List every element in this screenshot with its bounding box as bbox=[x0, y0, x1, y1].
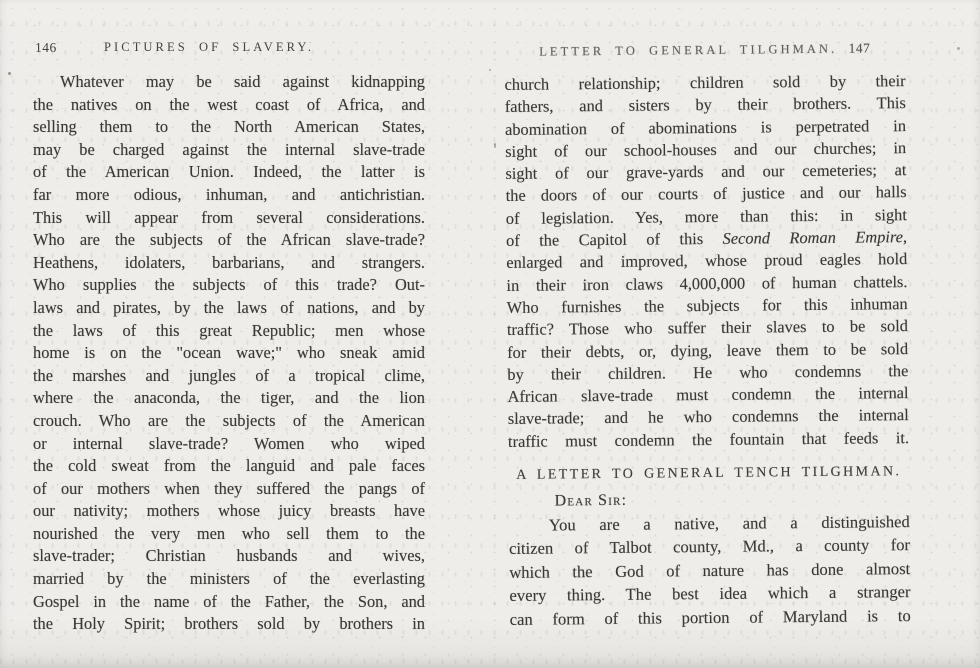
book-scan: 146 PICTURES OF SLAVERY. Whatever may be… bbox=[0, 0, 980, 668]
text-line: married by the ministers of the everlast… bbox=[33, 568, 425, 591]
letter-paragraph: You are a native, and a distinguishedcit… bbox=[509, 510, 911, 631]
text-line: or internal slave-trade? Women who wiped bbox=[33, 433, 425, 456]
text-line: our nativity; mothers whose juicy breast… bbox=[33, 500, 425, 523]
text-line: the cold sweat from the languid and pale… bbox=[33, 455, 425, 478]
left-page-header: 146 PICTURES OF SLAVERY. bbox=[33, 40, 425, 56]
scan-speck bbox=[957, 47, 960, 50]
text-line: nourished the very men who sell them to … bbox=[33, 523, 425, 546]
text-line: Who are the subjects of the African slav… bbox=[33, 229, 425, 252]
text-line: the Holy Spirit; brothers sold by brothe… bbox=[33, 613, 425, 636]
text-line: may be charged against the internal slav… bbox=[33, 139, 425, 162]
letter-section-heading: A LETTER TO GENERAL TENCH TILGHMAN. bbox=[508, 464, 909, 484]
text-line: the marshes and jungles of a tropical cl… bbox=[33, 365, 425, 388]
left-page-paragraph: Whatever may be said against kidnappingt… bbox=[33, 71, 425, 636]
left-page: 146 PICTURES OF SLAVERY. Whatever may be… bbox=[33, 40, 425, 636]
text-line: selling them to the North American State… bbox=[33, 116, 425, 139]
right-page-paragraph: church relationship; children sold by th… bbox=[504, 70, 909, 453]
left-running-title: PICTURES OF SLAVERY. bbox=[13, 40, 405, 55]
text-line: of the American Union. Indeed, the latte… bbox=[33, 161, 425, 184]
text-line: traffic must condemn the fountain that f… bbox=[508, 427, 909, 453]
text-line: far more odious, inhuman, and antichrist… bbox=[33, 184, 425, 207]
text-line: where the anaconda, the tiger, and the l… bbox=[33, 387, 425, 410]
right-page-header: LETTER TO GENERAL TILGHMAN. 147 bbox=[504, 40, 905, 60]
text-line: Heathens, idolaters, barbarians, and str… bbox=[33, 252, 425, 275]
text-line: can form of this portion of Maryland is … bbox=[510, 604, 911, 631]
scan-speck bbox=[489, 69, 491, 71]
right-page-number: 147 bbox=[849, 40, 871, 55]
text-line: every thing. The best idea which a stran… bbox=[509, 580, 910, 607]
text-line: crouch. Who are the subjects of the Amer… bbox=[33, 410, 425, 433]
text-line: fathers, and sisters by their brothers. … bbox=[505, 92, 906, 118]
text-line: home is on the "ocean wave;" who sneak a… bbox=[33, 342, 425, 365]
right-running-title: LETTER TO GENERAL TILGHMAN. bbox=[539, 42, 837, 59]
scan-speck bbox=[494, 143, 496, 148]
text-line: of our mothers when they suffered the pa… bbox=[33, 478, 425, 501]
text-line: the natives on the west coast of Africa,… bbox=[33, 94, 425, 117]
text-line: traffic? Those who suffer their slaves t… bbox=[507, 315, 908, 341]
text-line: slave-trader; Christian husbands and wiv… bbox=[33, 545, 425, 568]
text-line: Gospel in the name of the Father, the So… bbox=[33, 591, 425, 614]
text-line: laws and pirates, by the laws of nations… bbox=[33, 297, 425, 320]
letter-salutation: Dear Sir: bbox=[509, 489, 910, 511]
text-line: Who supplies the subjects of this trade?… bbox=[33, 274, 425, 297]
text-line: Whatever may be said against kidnapping bbox=[33, 71, 425, 94]
text-line: the laws of this great Republic; men who… bbox=[33, 320, 425, 343]
right-page: LETTER TO GENERAL TILGHMAN. 147 church r… bbox=[504, 40, 911, 631]
text-line: This will appear from several considerat… bbox=[33, 207, 425, 230]
scan-speck bbox=[8, 72, 11, 75]
